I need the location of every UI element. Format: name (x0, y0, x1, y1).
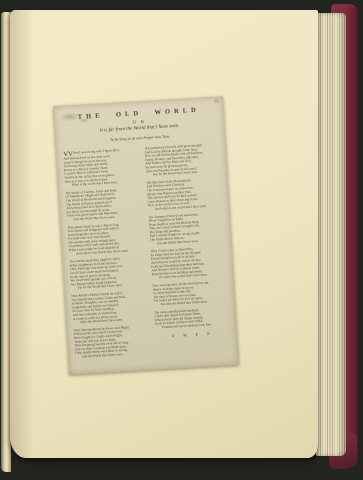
ballad-left-column: VVHen I was young with Vigour fill'd,And… (63, 147, 150, 363)
ballad-stanza: Here Media's Mother Dearth be ruin'd,Our… (71, 290, 147, 325)
book-cover-spine (344, 7, 358, 467)
ballad-columns: VVHen I was young with Vigour fill'd,And… (63, 143, 231, 364)
ballad-stanza: The World of London, Essex and Kent,Of M… (65, 187, 141, 222)
page-fore-edge-stack (316, 13, 346, 456)
amen-colophon: A M E N (155, 330, 230, 338)
mounted-broadside: 85 THE OLD WORLD O R It is far from the … (53, 96, 239, 375)
ballad-stanza: The printed was bravely with great stren… (144, 143, 220, 178)
ballad-stanza: The most unbidded doth meditate,O dear t… (154, 307, 229, 330)
ballad-stanza: Then Davie dwelt as was a Baron, Esq;Fai… (67, 221, 143, 256)
ballad-stanza: Now we long since all the small grown up… (152, 280, 228, 307)
ballad-right-column: The printed was bravely with great stren… (144, 143, 231, 359)
ballad-stanza: The Tempered Slave lived with merit,Silv… (148, 211, 224, 246)
gutter-shadow (10, 10, 34, 458)
ballad-stanza: Then Merchandizing be Power and Might,Wh… (73, 324, 149, 359)
book-photograph: 85 THE OLD WORLD O R It is far from the … (0, 0, 363, 480)
ballad-stanza: The Men had whole Protestations,And Work… (146, 177, 222, 212)
pencil-page-number: 85 (214, 99, 219, 104)
ballad-right-stanzas: The printed was bravely with great stren… (144, 143, 229, 330)
ballad-stanza: The Golden mark they might be call'd,Whe… (69, 256, 145, 291)
ballad-stanza: They Courts came at Hand Wits,To fudge h… (150, 245, 226, 280)
ballad-stanza: VVHen I was young with Vigour fill'd,And… (63, 147, 139, 187)
